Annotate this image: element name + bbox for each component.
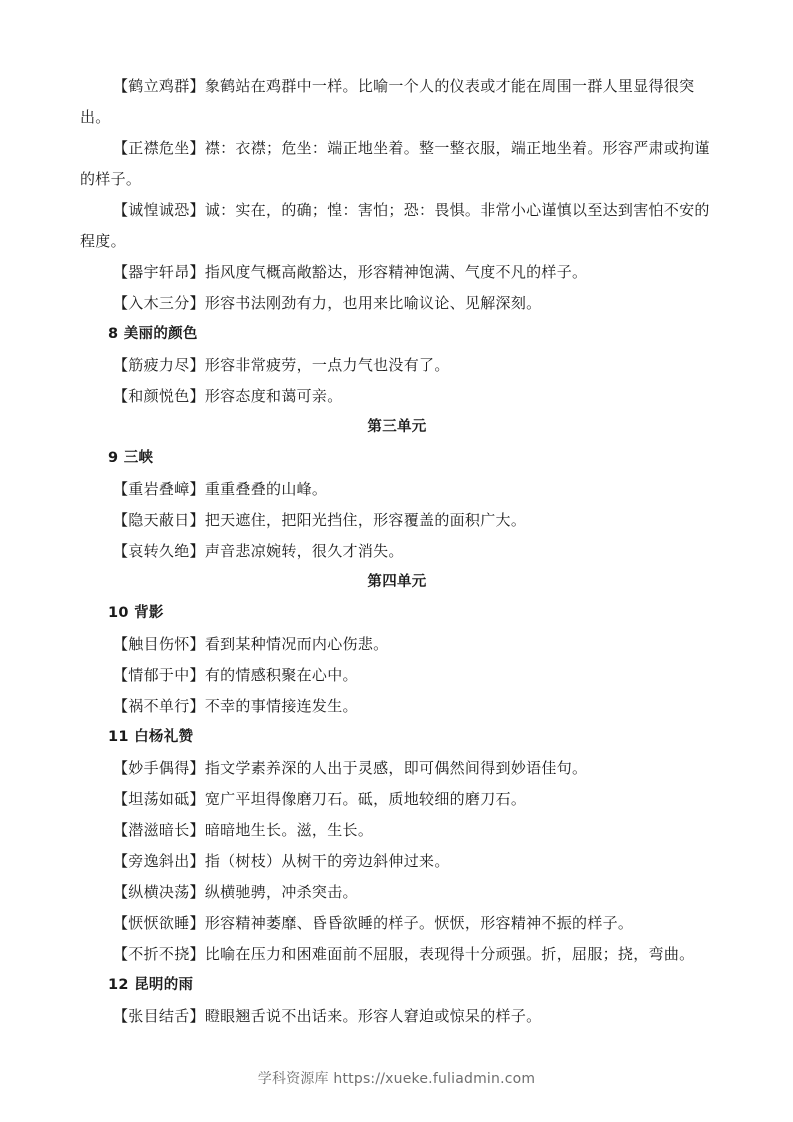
idiom-term: 【纵横决荡】: [113, 883, 205, 901]
idiom-definition: 把天遮住，把阳光挡住，形容覆盖的面积广大。: [205, 511, 526, 529]
idiom-term: 【鹤立鸡群】: [113, 77, 205, 95]
idiom-term: 【不折不挠】: [113, 945, 205, 963]
idiom-term: 【恹恹欲睡】: [113, 914, 205, 932]
idiom-definition: 形容态度和蔼可亲。: [205, 387, 343, 405]
idiom-definition: 纵横驰骋，冲杀突击。: [205, 883, 358, 901]
idiom-definition: 瞪眼翘舌说不出话来。形容人窘迫或惊呆的样子。: [205, 1007, 542, 1025]
idiom-definition: 暗暗地生长。滋，生长。: [205, 821, 373, 839]
idiom-term: 【筋疲力尽】: [113, 356, 205, 374]
idiom-definition: 看到某种情况而内心伤悲。: [205, 635, 389, 653]
footer-watermark: 学科资源库 https://xueke.fuliadmin.com: [0, 1068, 793, 1088]
idiom-term: 【张目结舌】: [113, 1007, 205, 1025]
idiom-definition: 宽广平坦得像磨刀石。砥，质地较细的磨刀石。: [205, 790, 526, 808]
idiom-definition: 不幸的事情接连发生。: [205, 697, 358, 715]
lesson-heading: 10 背影: [80, 598, 720, 629]
idiom-term: 【隐天蔽日】: [113, 511, 205, 529]
idiom-entry: 【正襟危坐】襟：衣襟；危坐：端正地坐着。整一整衣服，端正地坐着。形容严肃或拘谨的…: [80, 133, 720, 195]
idiom-entry: 【入木三分】形容书法刚劲有力，也用来比喻议论、见解深刻。: [80, 288, 720, 319]
unit-heading: 第三单元: [80, 412, 714, 443]
idiom-entry: 【张目结舌】瞪眼翘舌说不出话来。形容人窘迫或惊呆的样子。: [80, 1001, 720, 1032]
idiom-entry: 【坦荡如砥】宽广平坦得像磨刀石。砥，质地较细的磨刀石。: [80, 784, 720, 815]
idiom-entry: 【筋疲力尽】形容非常疲劳，一点力气也没有了。: [80, 350, 720, 381]
idiom-definition: 形容非常疲劳，一点力气也没有了。: [205, 356, 450, 374]
idiom-entry: 【鹤立鸡群】象鹤站在鸡群中一样。比喻一个人的仪表或才能在周围一群人里显得很突出。: [80, 71, 720, 133]
idiom-definition: 声音悲凉婉转，很久才消失。: [205, 542, 404, 560]
idiom-entry: 【哀转久绝】声音悲凉婉转，很久才消失。: [80, 536, 720, 567]
idiom-definition: 形容书法刚劲有力，也用来比喻议论、见解深刻。: [205, 294, 542, 312]
idiom-term: 【触目伤怀】: [113, 635, 205, 653]
idiom-entry: 【和颜悦色】形容态度和蔼可亲。: [80, 381, 720, 412]
idiom-term: 【重岩叠嶂】: [113, 480, 205, 498]
idiom-term: 【正襟危坐】: [113, 139, 205, 157]
idiom-term: 【入木三分】: [113, 294, 205, 312]
idiom-entry: 【潜滋暗长】暗暗地生长。滋，生长。: [80, 815, 720, 846]
lesson-heading: 9 三峡: [80, 443, 720, 474]
idiom-term: 【旁逸斜出】: [113, 852, 205, 870]
idiom-term: 【和颜悦色】: [113, 387, 205, 405]
idiom-entry: 【恹恹欲睡】形容精神萎靡、昏昏欲睡的样子。恹恹，形容精神不振的样子。: [80, 908, 720, 939]
idiom-term: 【诚惶诚恐】: [113, 201, 205, 219]
idiom-entry: 【祸不单行】不幸的事情接连发生。: [80, 691, 720, 722]
idiom-term: 【妙手偶得】: [113, 759, 205, 777]
idiom-definition: 形容精神萎靡、昏昏欲睡的样子。恹恹，形容精神不振的样子。: [205, 914, 633, 932]
idiom-entry: 【旁逸斜出】指（树枝）从树干的旁边斜伸过来。: [80, 846, 720, 877]
idiom-term: 【器宇轩昂】: [113, 263, 205, 281]
idiom-term: 【哀转久绝】: [113, 542, 205, 560]
idiom-definition: 指风度气概高敞豁达，形容精神饱满、气度不凡的样子。: [205, 263, 588, 281]
idiom-term: 【潜滋暗长】: [113, 821, 205, 839]
unit-heading: 第四单元: [80, 567, 714, 598]
idiom-term: 【祸不单行】: [113, 697, 205, 715]
idiom-entry: 【触目伤怀】看到某种情况而内心伤悲。: [80, 629, 720, 660]
idiom-definition: 有的情感积聚在心中。: [205, 666, 358, 684]
idiom-definition: 指（树枝）从树干的旁边斜伸过来。: [205, 852, 450, 870]
idiom-entry: 【隐天蔽日】把天遮住，把阳光挡住，形容覆盖的面积广大。: [80, 505, 720, 536]
idiom-definition: 重重叠叠的山峰。: [205, 480, 327, 498]
idiom-definition: 比喻在压力和困难面前不屈服，表现得十分顽强。折，屈服；挠，弯曲。: [205, 945, 695, 963]
idiom-entry: 【诚惶诚恐】诚：实在，的确；惶：害怕；恐：畏惧。非常小心谨慎以至达到害怕不安的程…: [80, 195, 720, 257]
idiom-entry: 【器宇轩昂】指风度气概高敞豁达，形容精神饱满、气度不凡的样子。: [80, 257, 720, 288]
idiom-definition: 指文学素养深的人出于灵感，即可偶然间得到妙语佳句。: [205, 759, 588, 777]
lesson-heading: 11 白杨礼赞: [80, 722, 720, 753]
idiom-term: 【坦荡如砥】: [113, 790, 205, 808]
lesson-heading: 12 昆明的雨: [80, 970, 720, 1001]
idiom-entry: 【不折不挠】比喻在压力和困难面前不屈服，表现得十分顽强。折，屈服；挠，弯曲。: [80, 939, 720, 970]
lesson-heading: 8 美丽的颜色: [80, 319, 720, 350]
document-body: 【鹤立鸡群】象鹤站在鸡群中一样。比喻一个人的仪表或才能在周围一群人里显得很突出。…: [80, 71, 720, 1032]
idiom-entry: 【重岩叠嶂】重重叠叠的山峰。: [80, 474, 720, 505]
idiom-entry: 【妙手偶得】指文学素养深的人出于灵感，即可偶然间得到妙语佳句。: [80, 753, 720, 784]
idiom-entry: 【纵横决荡】纵横驰骋，冲杀突击。: [80, 877, 720, 908]
idiom-term: 【情郁于中】: [113, 666, 205, 684]
idiom-entry: 【情郁于中】有的情感积聚在心中。: [80, 660, 720, 691]
